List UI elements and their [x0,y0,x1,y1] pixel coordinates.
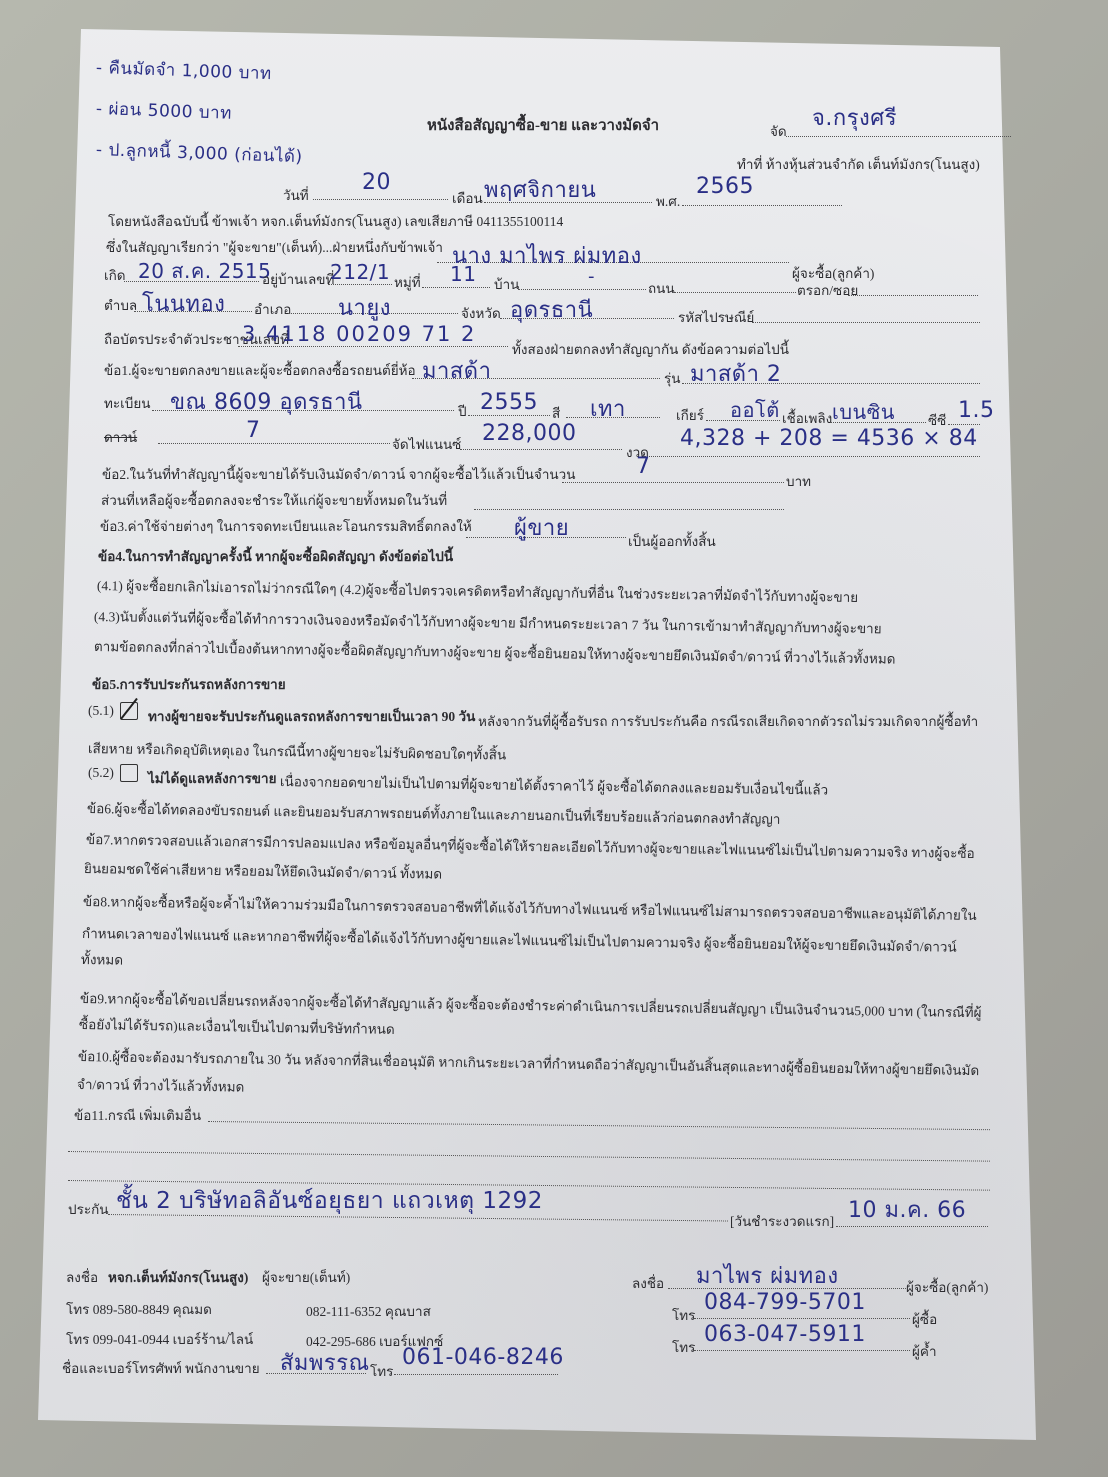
buyer-signature: มาไพร ผ่มทอง [696,1258,839,1293]
model-value: มาสด้า 2 [690,356,781,391]
vehicle-year-value: 2555 [480,390,538,415]
finance-dotline [460,449,622,450]
clause5-1-bold: ทางผู้ขายจะรับประกันดูแลรถหลังการขายเป็น… [148,705,475,727]
buyer-phone-dotline [694,1318,910,1319]
seller-role: ผู้จะขาย(เต็นท์) [262,1266,350,1288]
staff-label: ชื่อและเบอร์โทรศัพท์ พนักงานขาย [62,1357,260,1379]
year-value: 2565 [696,174,754,199]
clause5-title: ข้อ5.การรับประกันรถหลังการขาย [92,673,286,695]
birth-value: 20 ส.ค. 2515 [138,255,271,287]
staff-phone-label: โทร [370,1360,393,1382]
finance-label: จัดไฟแนนซ์ [392,433,461,455]
seller-phone-1: โทร 089-580-8849 คุณมด [66,1298,212,1320]
color-value: เทา [590,391,626,426]
place-text: ทำที่ ห้างหุ้นส่วนจำกัด เต็นท์มังกร(โนนส… [737,153,980,175]
staff-phone-dotline [394,1374,558,1375]
first-payment-label: [วันชำระงวดแรก] [730,1210,834,1232]
id-value: 3 4118 00209 71 2 [242,322,476,346]
province-field-value: อุดรธานี [510,292,593,327]
buyer-role: ผู้จะซื้อ(ลูกค้า) [906,1276,988,1298]
insurance-label: ประกัน [68,1198,108,1220]
clause5-2-bold: ไม่ได้ดูแลหลังการขาย [148,767,276,789]
postal-dotline [752,322,980,323]
seller-name: หจก.เต็นท์มังกร(โนนสูง) [108,1266,248,1288]
clause5-1-number: (5.1) [88,703,114,719]
brand-value: มาสด้า [422,353,491,388]
gear-label: เกียร์ [676,404,704,426]
clause4-title: ข้อ4.ในการทำสัญญาครั้งนี้ หากผู้จะซื้อผิ… [98,545,453,567]
cc-value: 1.5 [958,398,995,423]
guarantor-phone-role: ผู้ค้ำ [912,1340,937,1362]
village-dotline [518,289,646,290]
clause8c: ทั้งหมด [81,948,123,971]
fuel-value: เบนซิน [832,396,895,428]
staff-phone: 061-046-8246 [402,1345,564,1370]
vehicle-year-label: ปี [458,400,467,422]
buyer-sign-label: ลงชื่อ [632,1272,664,1294]
installment-value: 4,328 + 208 = 4536 × 84 [680,426,978,451]
alley-label: ตรอก/ซอย [797,279,858,301]
postal-label: รหัสไปรษณีย์ [678,306,754,328]
day-dotline [313,199,448,200]
note-line-2: - ผ่อน 5000 บาท [96,95,233,127]
month-value: พฤศจิกายน [484,172,596,207]
guarantor-phone: 063-047-5911 [704,1322,866,1347]
month-label: เดือน [452,187,483,209]
house-no-label: อยู่บ้านเลขที่ [262,268,334,290]
model-label: รุ่น [664,367,680,389]
installment-dotline [644,456,980,457]
district-label: อำเภอ [254,298,291,320]
province-dotline [786,136,1011,137]
clause2-unit: บาท [786,470,811,492]
subdistrict-value: โนนทอง [142,286,225,321]
clause2-amount: 7 [636,454,651,479]
intro-text: โดยหนังสือฉบับนี้ ข้าพเจ้า หจก.เต็นท์มัง… [108,210,563,232]
staff-name: สัมพรรณ [280,1345,369,1380]
moo-value: 11 [450,262,476,286]
province-value: จ.กรุงศรี [812,100,897,135]
plate-label: ทะเบียน [104,392,150,414]
clause5-2-number: (5.2) [88,765,114,781]
vehicle-year-dotline [468,415,550,416]
clause1-label: ข้อ1.ผู้จะขายตกลงขายและผู้จะซื้อตกลงซื้อ… [104,359,416,381]
seller-phone-3: โทร 099-041-0944 เบอร์ร้าน/ไลน์ [66,1328,253,1350]
province-label: จัด [770,120,787,142]
buyer-phone: 084-799-5701 [704,1290,866,1315]
clause2-line1: ข้อ2.ในวันที่ทำสัญญานี้ผู้จะขายได้รับเงิ… [102,463,575,485]
down-value: 7 [246,418,261,443]
subdistrict-label: ตำบล [104,294,137,316]
guarantor-phone-label: โทร [672,1336,695,1358]
moo-label: หมู่ที่ [394,271,421,293]
down-dotline [158,443,390,444]
moo-dotline [422,287,490,288]
day-label: วันที่ [283,184,309,206]
clause10b: จำ/ดาวน์ ที่วางไว้แล้วทั้งหมด [77,1073,245,1098]
first-payment-value: 10 ม.ค. 66 [848,1192,966,1227]
finance-value: 228,000 [482,421,576,446]
house-no-dotline [328,284,392,285]
clause2-amount-dotline [562,482,784,483]
clause5-2-checkbox[interactable] [120,764,138,782]
province-field-label: จังหวัด [461,302,501,324]
seller-phone-2: 082-111-6352 คุณบาส [306,1300,431,1322]
gear-value: ออโต้ [730,394,780,426]
road-dotline [674,292,796,293]
buyer-phone-label: โทร [672,1304,695,1326]
document-title: หนังสือสัญญาซื้อ-ขาย และวางมัดจำ [427,113,659,137]
seller-sign-label: ลงชื่อ [66,1266,98,1288]
clause2-line2: ส่วนที่เหลือผู้จะซื้อตกลงจะชำระให้แก่ผู้… [101,489,447,511]
cc-dotline [948,424,980,425]
buyer-name: นาง มาไพร ผ่มทอง [452,238,642,273]
clause11-label: ข้อ11.กรณี เพิ่มเติมอื่น [74,1104,201,1126]
road-label: ถนน [648,277,675,299]
clause3-suffix: เป็นผู้ออกทั้งสิ้น [628,530,716,552]
birth-label: เกิด [104,264,126,286]
year-dotline [682,205,842,206]
district-value: นายูง [338,290,391,325]
alley-dotline [848,295,978,296]
year-label: พ.ศ. [656,190,680,212]
village-value: - [588,266,595,287]
insurance-value: ชั้น 2 บริษัทอลิอันซ์อยุธยา แถวเหตุ 1292 [116,1183,543,1219]
buyer-phone-role: ผู้ซื้อ [912,1308,937,1330]
id-dotline [238,346,508,347]
guarantor-phone-dotline [694,1350,910,1351]
clause3-value: ผู้ขาย [514,510,569,545]
clause3-label: ข้อ3.ค่าใช้จ่ายต่างๆ ในการจดทะเบียนและโอ… [100,515,472,537]
day-value: 20 [362,170,391,195]
house-no-value: 212/1 [330,260,390,284]
plate-value: ขณ 8609 อุดรธานี [170,384,363,419]
down-label: ดาวน์ [104,426,137,448]
clause5-1-rest: หลังจากวันที่ผู้ซื้อรับรถ การรับประกันคื… [478,710,978,732]
